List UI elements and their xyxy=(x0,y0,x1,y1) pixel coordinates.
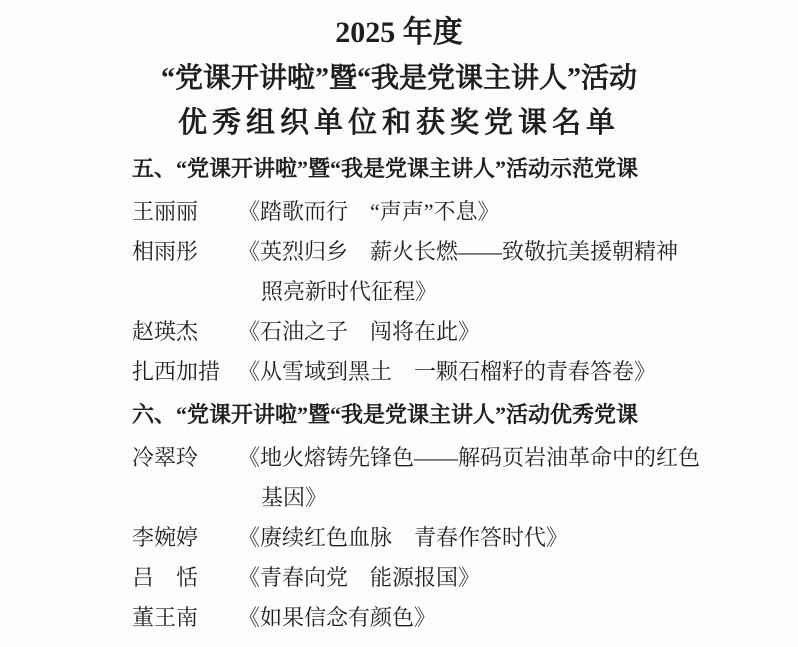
lecture-title-line: 《英烈归乡 薪火长燃——致敬抗美援朝精神 xyxy=(238,232,742,272)
award-entry: 吕 恬 《青春向党 能源报国》 xyxy=(132,558,742,598)
title-activity-line: “党课开讲啦”暨“我是党课主讲人”活动 xyxy=(0,56,798,101)
award-entry: 李婉婷 《赓续红色血脉 青春作答时代》 xyxy=(132,518,742,558)
award-list: 五、“党课开讲啦”暨“我是党课主讲人”活动示范党课 王丽丽 《踏歌而行 “声声”… xyxy=(0,146,798,638)
lecture-title-line: 《如果信念有颜色》 xyxy=(238,598,742,638)
award-entry: 王丽丽 《踏歌而行 “声声”不息》 xyxy=(132,192,742,232)
lecture-title: 《英烈归乡 薪火长燃——致敬抗美援朝精神 照亮新时代征程》 xyxy=(238,232,742,312)
lecture-title-line: 《地火熔铸先锋色——解码页岩油革命中的红色 xyxy=(238,438,742,478)
title-list-line: 优秀组织单位和获奖党课名单 xyxy=(0,101,798,146)
award-entry: 相雨彤 《英烈归乡 薪火长燃——致敬抗美援朝精神 照亮新时代征程》 xyxy=(132,232,742,312)
presenter-name: 吕 恬 xyxy=(132,558,238,598)
presenter-name: 李婉婷 xyxy=(132,518,238,558)
lecture-title-line: 《踏歌而行 “声声”不息》 xyxy=(238,192,742,232)
presenter-name: 董王南 xyxy=(132,598,238,638)
section-heading-5: 五、“党课开讲啦”暨“我是党课主讲人”活动示范党课 xyxy=(132,146,742,192)
award-entry: 扎西加措 《从雪域到黑土 一颗石榴籽的青春答卷》 xyxy=(132,352,742,392)
award-entry: 赵瑛杰 《石油之子 闯将在此》 xyxy=(132,312,742,352)
presenter-name: 王丽丽 xyxy=(132,192,238,232)
section-heading-6: 六、“党课开讲啦”暨“我是党课主讲人”活动优秀党课 xyxy=(132,392,742,438)
award-entry: 董王南 《如果信念有颜色》 xyxy=(132,598,742,638)
presenter-name: 冷翠玲 xyxy=(132,438,238,478)
lecture-title: 《踏歌而行 “声声”不息》 xyxy=(238,192,742,232)
lecture-title-line: 《从雪域到黑土 一颗石榴籽的青春答卷》 xyxy=(238,352,742,392)
title-year-line: 2025 年度 xyxy=(0,10,798,56)
lecture-title-line: 《石油之子 闯将在此》 xyxy=(238,312,742,352)
lecture-title: 《从雪域到黑土 一颗石榴籽的青春答卷》 xyxy=(238,352,742,392)
lecture-title-line: 基因》 xyxy=(238,478,742,518)
lecture-title-line: 《青春向党 能源报国》 xyxy=(238,558,742,598)
lecture-title-line: 照亮新时代征程》 xyxy=(238,272,742,312)
presenter-name: 赵瑛杰 xyxy=(132,312,238,352)
presenter-name: 相雨彤 xyxy=(132,232,238,272)
award-entry: 冷翠玲 《地火熔铸先锋色——解码页岩油革命中的红色 基因》 xyxy=(132,438,742,518)
presenter-name: 扎西加措 xyxy=(132,352,238,392)
lecture-title-line: 《赓续红色血脉 青春作答时代》 xyxy=(238,518,742,558)
lecture-title: 《地火熔铸先锋色——解码页岩油革命中的红色 基因》 xyxy=(238,438,742,518)
scanned-document-page: 2025 年度 “党课开讲啦”暨“我是党课主讲人”活动 优秀组织单位和获奖党课名… xyxy=(0,0,798,647)
document-title: 2025 年度 “党课开讲啦”暨“我是党课主讲人”活动 优秀组织单位和获奖党课名… xyxy=(0,10,798,146)
lecture-title: 《石油之子 闯将在此》 xyxy=(238,312,742,352)
lecture-title: 《赓续红色血脉 青春作答时代》 xyxy=(238,518,742,558)
lecture-title: 《青春向党 能源报国》 xyxy=(238,558,742,598)
lecture-title: 《如果信念有颜色》 xyxy=(238,598,742,638)
